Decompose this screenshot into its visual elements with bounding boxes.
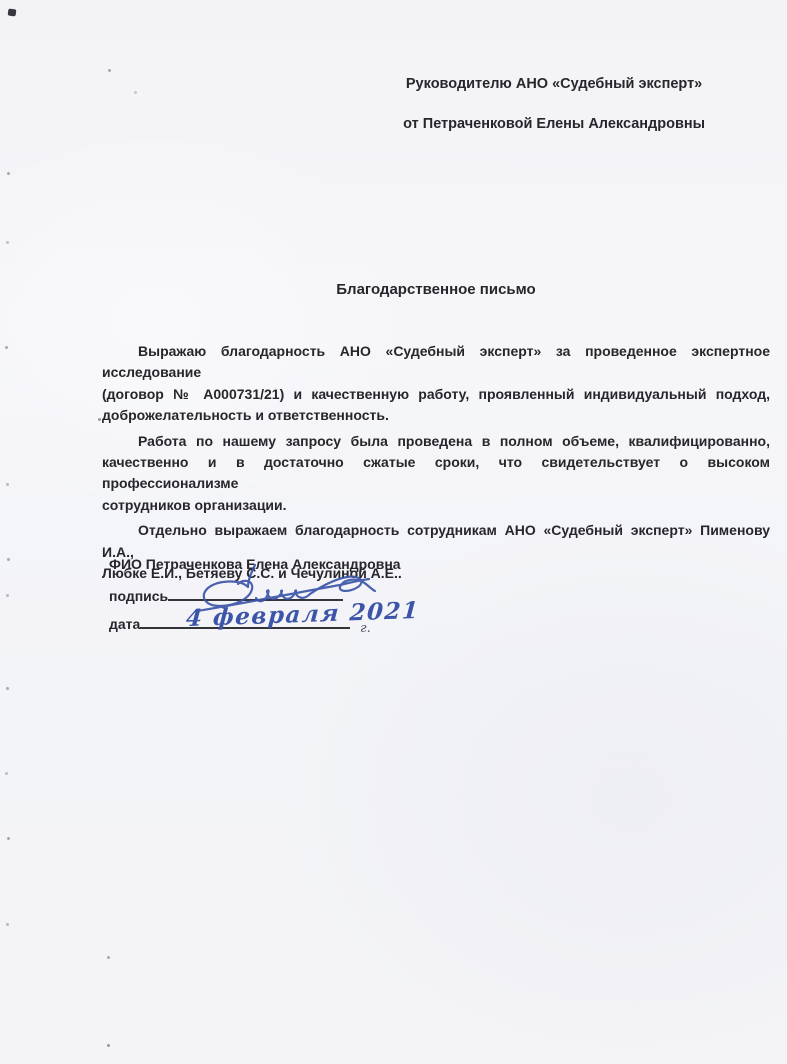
fio-line: ФИО Петраченкова Елена Александровна: [109, 555, 401, 573]
scan-speck: [6, 687, 9, 690]
paragraph-line: сотрудников организации.: [102, 495, 770, 516]
scan-speck: [5, 346, 8, 349]
scan-speck: [7, 837, 10, 840]
paragraph-line: качественно и в достаточно сжатые сроки,…: [102, 452, 770, 495]
paragraph-line: доброжелательность и ответственность.: [102, 405, 770, 426]
paragraph-1: Выражаю благодарность АНО «Судебный эксп…: [102, 341, 770, 427]
letter-body: Выражаю благодарность АНО «Судебный эксп…: [102, 341, 770, 588]
scan-speck: [98, 418, 101, 421]
scan-speck: [107, 956, 110, 959]
scan-speck: [107, 1044, 110, 1047]
scan-speck: [7, 558, 10, 561]
scanned-letter-page: Руководителю АНО «Судебный эксперт» от П…: [0, 0, 787, 1064]
scan-speck: [6, 241, 9, 244]
scan-artifact-mark: [8, 8, 17, 16]
scan-speck: [6, 923, 9, 926]
scan-speck: [7, 172, 10, 175]
scan-speck: [108, 69, 111, 72]
scan-speck: [6, 483, 9, 486]
paragraph-3: Отдельно выражаем благодарность сотрудни…: [102, 520, 770, 584]
paragraph-2: Работа по нашему запросу была проведена …: [102, 431, 770, 517]
letter-recipient-block: Руководителю АНО «Судебный эксперт» от П…: [403, 75, 705, 133]
sender-line: от Петраченковой Елены Александровны: [403, 115, 705, 133]
signature-rule-line: [168, 586, 343, 601]
letter-title: Благодарственное письмо: [102, 281, 770, 299]
recipient-line: Руководителю АНО «Судебный эксперт»: [403, 75, 705, 93]
scan-speck: [5, 772, 8, 775]
date-label: дата: [109, 616, 140, 632]
date-suffix: г.: [360, 621, 371, 636]
scan-speck: [134, 91, 137, 94]
paragraph-line: (договор № А000731/21) и качественную ра…: [102, 384, 770, 405]
scan-speck: [6, 594, 9, 597]
signature-label: подпись: [109, 588, 168, 604]
paragraph-line: Работа по нашему запросу была проведена …: [102, 431, 770, 452]
paragraph-line: Выражаю благодарность АНО «Судебный эксп…: [102, 341, 770, 384]
